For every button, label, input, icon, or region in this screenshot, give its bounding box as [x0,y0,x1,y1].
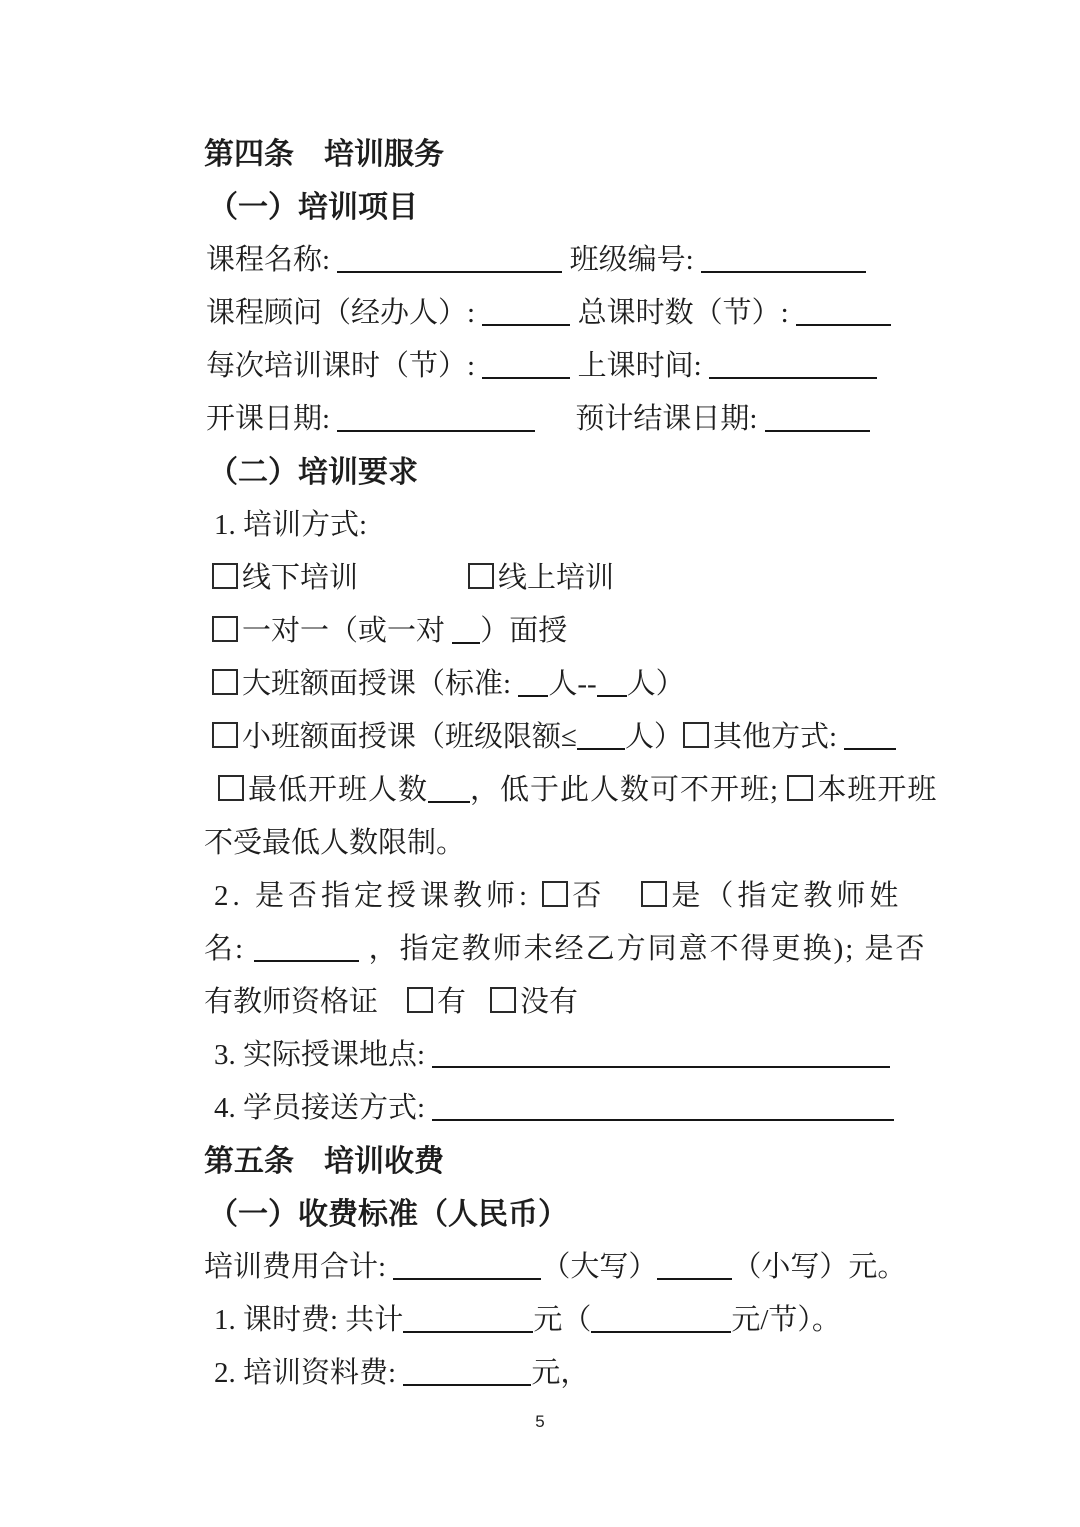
checkbox-icon [787,775,813,801]
checkbox-icon [212,669,238,695]
form-line: 不受最低人数限制。 [204,817,930,870]
form-line: 最低开班人数，低于此人数可不开班; 本班开班 [218,764,930,817]
heading-line: 第五条 培训收费 [204,1135,930,1188]
blank-field [254,935,359,962]
blank-field [577,723,625,750]
text-run: 第五条 培训收费 [204,1145,444,1178]
blank-field [432,1041,890,1068]
text-run: 预计结课日期: [575,403,764,435]
text-run: 每次培训课时（节）: [206,350,482,382]
blank-field [337,246,562,273]
text-run: ，指定教师未经乙方同意不得更换); 是否 [359,933,926,965]
blank-field [796,299,891,326]
form-line: 3. 实际授课地点: [214,1029,930,1082]
blank-field [765,405,870,432]
heading-line: （二）培训要求 [208,446,930,499]
checkbox-icon [683,722,709,748]
text-run: 本班开班 [817,774,937,806]
text-run: 培训费用合计: [204,1251,393,1283]
blank-field [591,1306,731,1333]
text-run: 人-- [548,668,596,700]
text-run: 不受最低人数限制。 [204,827,465,859]
text-run: 第四条 培训服务 [204,138,444,171]
text-run: 没有 [520,986,578,1018]
text-run: 否 [572,880,605,912]
blank-field [482,352,570,379]
text-run: 1. 课时费: 共计 [214,1304,403,1336]
text-run: 大班额面授课（标准: [242,668,518,700]
checkbox-icon [468,563,494,589]
form-line: 线下培训线上培训 [212,552,930,605]
text-run: 线上培训 [498,562,614,594]
spacer [605,904,641,905]
document-page: 第四条 培训服务（一）培训项目课程名称: 班级编号: 课程顾问（经办人）: 总课… [0,0,1080,1527]
text-run: 上课时间: [570,350,709,382]
checkbox-icon [641,881,667,907]
form-line: 课程名称: 班级编号: [206,234,930,287]
spacer [535,427,575,428]
page-number: 5 [0,1412,1080,1432]
text-run: 元/节）。 [731,1304,841,1336]
text-run: （小写）元。 [732,1251,906,1283]
checkbox-icon [212,722,238,748]
form-line: 小班额面授课（班级限额≤人）其他方式: [212,711,930,764]
blank-field [393,1253,541,1280]
checkbox-icon [212,616,238,642]
text-run: 其他方式: [713,721,844,753]
form-line: 4. 学员接送方式: [214,1082,930,1135]
blank-field [403,1359,531,1386]
form-line: 1. 课时费: 共计元（元/节）。 [214,1294,930,1347]
text-run: ，低于此人数可不开班; [470,774,787,806]
text-run: 名: [204,933,254,965]
checkbox-icon [542,881,568,907]
text-run: （大写） [541,1251,657,1283]
text-run: ）面授 [480,615,567,647]
text-run: 2. 是否指定授课教师: [214,880,542,912]
form-line: 课程顾问（经办人）: 总课时数（节）: [206,287,930,340]
blank-field [597,670,627,697]
form-line: 名: ，指定教师未经乙方同意不得更换); 是否 [204,923,930,976]
blank-field [337,405,535,432]
text-run: 开课日期: [206,403,337,435]
text-run: 是（指定教师姓 [671,880,902,912]
text-run: 有 [437,986,466,1018]
form-line: 每次培训课时（节）: 上课时间: [206,340,930,393]
blank-field [518,670,548,697]
text-run: 班级编号: [562,244,701,276]
text-run: 人） [627,668,685,700]
blank-field [432,1094,894,1121]
text-run: 小班额面授课（班级限额≤ [242,721,577,753]
blank-field [482,299,570,326]
checkbox-icon [218,775,244,801]
blank-field [701,246,866,273]
form-line: 1. 培训方式: [214,499,930,552]
text-run: 2. 培训资料费: [214,1357,403,1389]
text-run: 元， [531,1357,589,1389]
text-run: 1. 培训方式: [214,509,367,541]
blank-field [428,776,470,803]
blank-field [709,352,877,379]
form-line: 有教师资格证 有没有 [204,976,930,1029]
checkbox-icon [490,987,516,1013]
text-run: （一）培训项目 [208,191,418,224]
text-run: 课程顾问（经办人）: [206,297,482,329]
heading-line: 第四条 培训服务 [204,128,930,181]
spacer [358,586,468,587]
blank-field [452,617,480,644]
blank-field [844,723,896,750]
text-run: 有教师资格证 [204,986,407,1018]
form-line: 培训费用合计: （大写）（小写）元。 [204,1241,930,1294]
text-run: （一）收费标准（人民币） [208,1198,568,1231]
form-line: 2. 培训资料费: 元， [214,1347,930,1400]
heading-line: （一）培训项目 [208,181,930,234]
form-line: 开课日期: 预计结课日期: [206,393,930,446]
form-line: 大班额面授课（标准: 人--人） [212,658,930,711]
heading-line: （一）收费标准（人民币） [208,1188,930,1241]
text-run: 总课时数（节）: [570,297,796,329]
blank-field [657,1253,732,1280]
spacer [466,1010,490,1011]
text-run: 元（ [533,1304,591,1336]
form-line: 2. 是否指定授课教师: 否是（指定教师姓 [214,870,930,923]
text-run: 最低开班人数 [248,774,428,806]
text-run: 人） [625,721,683,753]
contract-body: 第四条 培训服务（一）培训项目课程名称: 班级编号: 课程顾问（经办人）: 总课… [204,128,930,1400]
text-run: 3. 实际授课地点: [214,1039,432,1071]
form-line: 一对一（或一对 ）面授 [212,605,930,658]
text-run: （二）培训要求 [208,456,418,489]
text-run: 线下培训 [242,562,358,594]
blank-field [403,1306,533,1333]
text-run: 4. 学员接送方式: [214,1092,432,1124]
text-run: 一对一（或一对 [242,615,452,647]
checkbox-icon [407,987,433,1013]
checkbox-icon [212,563,238,589]
text-run: 课程名称: [206,244,337,276]
